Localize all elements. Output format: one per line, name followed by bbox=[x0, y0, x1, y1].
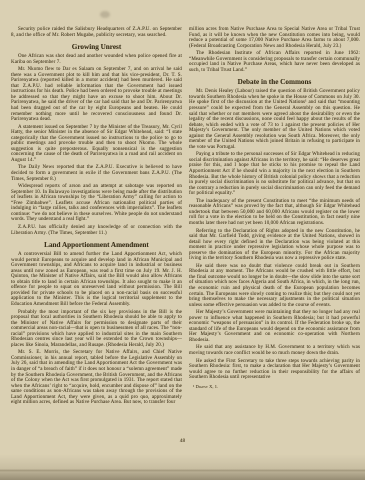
paragraph-violence-warning: He said there was no doubt that violence… bbox=[189, 264, 360, 308]
paragraph-hmg-persuasion: Her Majesty’s Government were maintainin… bbox=[189, 310, 360, 343]
paragraph-key-provisions: Probably the most important of the six k… bbox=[11, 310, 182, 349]
paragraph-morris-report: Mr. S. E. Morris, the Secretary for Nati… bbox=[11, 350, 182, 405]
heading-growing-unrest: Growing Unrest bbox=[11, 43, 182, 51]
paragraph-money-drain: He said that any assistance by H.M. Gove… bbox=[189, 345, 360, 356]
smudge-mark bbox=[100, 11, 110, 18]
paragraph-kariba-shooting: One African was shot dead and another wo… bbox=[11, 54, 182, 65]
paragraph-nkomo-plot: Mr. Nkomo flew to Dar es Salaam on Septe… bbox=[11, 67, 182, 122]
page-bottom-shadow bbox=[0, 454, 365, 480]
paragraph-whitehead-tribute: Paying a tribute to the personal success… bbox=[189, 152, 360, 196]
page-number: 48 bbox=[0, 438, 365, 444]
paragraph-three-steps: He asked the First Secretary to take thr… bbox=[189, 359, 360, 381]
paragraph-security-raid: Security police raided the Salisbury Hea… bbox=[11, 27, 182, 38]
paragraph-rhodesian-institute: The Rhodesian Institute of African Affai… bbox=[189, 51, 360, 73]
paragraph-million-acres: million acres from Native Purchase Area … bbox=[189, 27, 360, 49]
right-column: million acres from Native Purchase Area … bbox=[189, 27, 360, 408]
paragraph-hatty-statement: A statement issued on September 7 by the… bbox=[11, 125, 182, 164]
heading-land-apportionment: Land Apportionment Amendment bbox=[11, 241, 182, 249]
paragraph-declaration-rights: Referring to the Declaration of Rights a… bbox=[189, 229, 360, 262]
footnote: ¹ Digest X, 1. bbox=[189, 384, 360, 390]
heading-debate-commons: Debate in the Commons bbox=[189, 78, 360, 86]
left-column: Security police raided the Salisbury Hea… bbox=[11, 27, 182, 408]
page-columns: Security police raided the Salisbury Hea… bbox=[11, 27, 359, 408]
paragraph-arson-reports: Widespread reports of arson and an attem… bbox=[11, 184, 182, 223]
document-page: Security police raided the Salisbury Hea… bbox=[0, 0, 365, 480]
paragraph-constitution-inadequacy: The inadequacy of the present Constituti… bbox=[189, 199, 360, 227]
paragraph-healey-question: Mr. Denis Healey (Labour) raised the que… bbox=[189, 89, 360, 150]
paragraph-daily-news: The Daily News reported that the Z.A.P.U… bbox=[11, 165, 182, 182]
paragraph-zapu-denial: Z.A.P.U. has officially denied any knowl… bbox=[11, 225, 182, 236]
paragraph-controversial-bill: A controversial Bill to amend further th… bbox=[11, 252, 182, 307]
